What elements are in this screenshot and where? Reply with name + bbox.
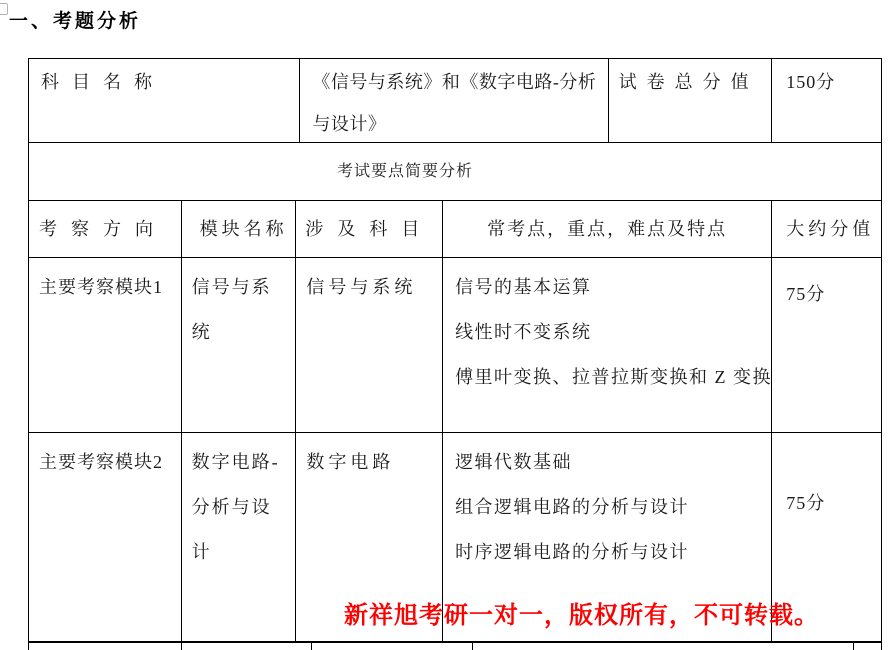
col-header-subject: 涉及科目 [296,201,443,257]
table-row-module-1: 主要考察模块1 信号与系统 信号与系统 信号的基本运算 线性时不变系统 傅里叶变… [29,258,881,433]
module-1-name: 信号与系统 [182,258,297,432]
col-header-points: 常考点，重点，难点及特点 [443,201,772,257]
section-header: 考试要点简要分析 [29,143,881,200]
module-2-direction: 主要考察模块2 [29,433,182,641]
section-header-row: 考试要点简要分析 [29,143,881,201]
module-1-subject: 信号与系统 [296,258,443,432]
watermark-text: 新祥旭考研一对一，版权所有，不可转载。 [344,595,819,630]
exam-point: 时序逻辑电路的分析与设计 [455,530,769,575]
subject-name-label: 科目名称 [29,59,300,142]
exam-point: 逻辑代数基础 [455,440,769,485]
total-score-value: 150分 [772,59,881,142]
col-header-direction: 考察方向 [29,201,182,257]
module-1-direction: 主要考察模块1 [29,258,182,432]
total-score-label: 试卷总分值 [609,59,773,142]
subject-row: 科目名称 《信号与系统》和《数字电路-分析与设计》 试卷总分值 150分 [29,59,881,143]
exam-point: 线性时不变系统 [455,310,769,355]
column-header-row: 考察方向 模块名称 涉及科目 常考点，重点，难点及特点 大约分值 [29,201,881,258]
table-handle-mark [0,3,8,15]
exam-point: 信号的基本运算 [455,265,769,310]
exam-point: 傅里叶变换、拉普拉斯变换和 Z 变换 [455,355,769,400]
module-1-points: 信号的基本运算 线性时不变系统 傅里叶变换、拉普拉斯变换和 Z 变换 [443,258,772,432]
exam-analysis-table: 科目名称 《信号与系统》和《数字电路-分析与设计》 试卷总分值 150分 考试要… [28,58,882,650]
module-1-score: 75分 [772,258,881,432]
module-2-name: 数字电路-分析与设计 [182,433,297,641]
subject-name-value: 《信号与系统》和《数字电路-分析与设计》 [300,59,608,142]
exam-point: 组合逻辑电路的分析与设计 [455,485,769,530]
page-title: 一、考题分析 [9,6,141,33]
col-header-module: 模块名称 [182,201,297,257]
partial-next-row [29,643,881,650]
col-header-score: 大约分值 [772,201,881,257]
